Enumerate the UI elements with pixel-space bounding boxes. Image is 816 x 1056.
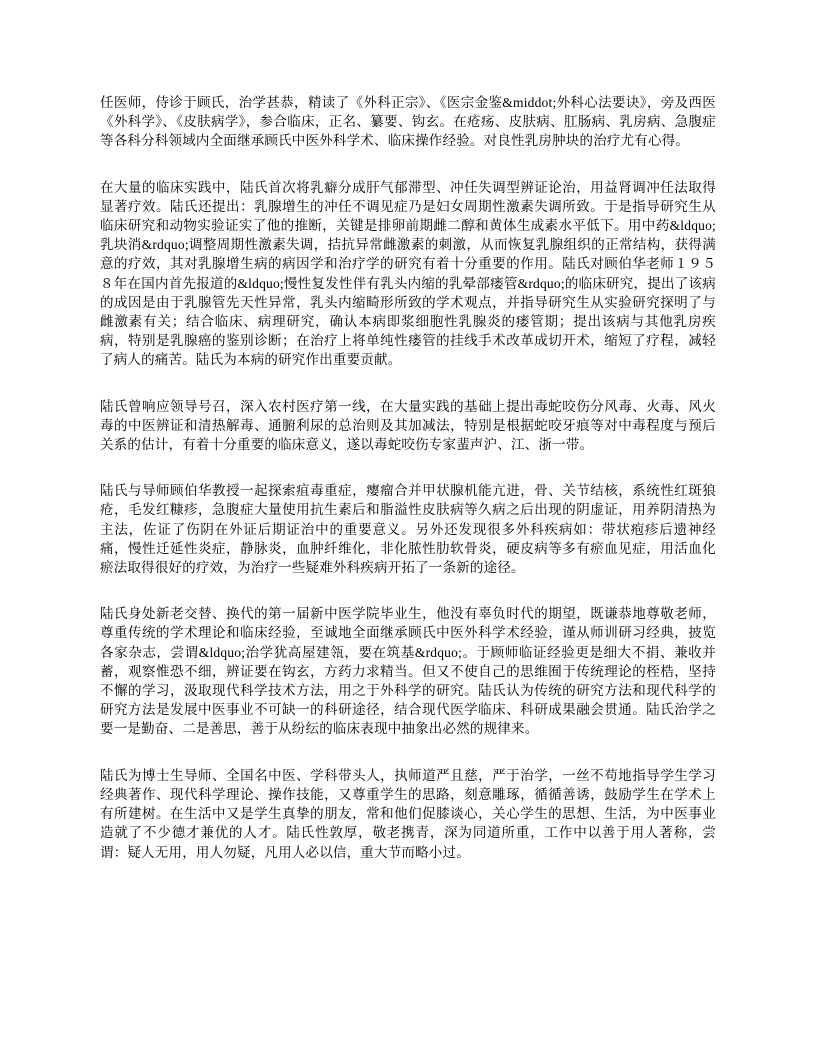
paragraph-4: 陆氏与导师顾伯华教授一起探索疽毒重症，瘿瘤合并甲状腺机能亢进，骨、关节结核，系统… (100, 481, 716, 577)
paragraph-6: 陆氏为博士生导师、全国名中医、学科带头人，执师道严且慈，严于治学，一丝不苟地指导… (100, 766, 716, 862)
paragraph-3: 陆氏曾响应领导号召，深入农村医疗第一线，在大量实践的基础上提出毒蛇咬伤分风毒、火… (100, 397, 716, 455)
paragraph-1: 任医师，侍诊于顾氏，治学甚恭，精读了《外科正宗》、《医宗金鉴&middot;外科… (100, 93, 716, 151)
paragraph-2: 在大量的临床实践中，陆氏首次将乳癖分成肝气郁滞型、冲任失调型辨证论治，用益肾调冲… (100, 178, 716, 370)
paragraph-5: 陆氏身处新老交替、换代的第一届新中医学院毕业生，他没有辜负时代的期望，既谦恭地尊… (100, 604, 716, 738)
document-page: 任医师，侍诊于顾氏，治学甚恭，精读了《外科正宗》、《医宗金鉴&middot;外科… (0, 0, 816, 1056)
